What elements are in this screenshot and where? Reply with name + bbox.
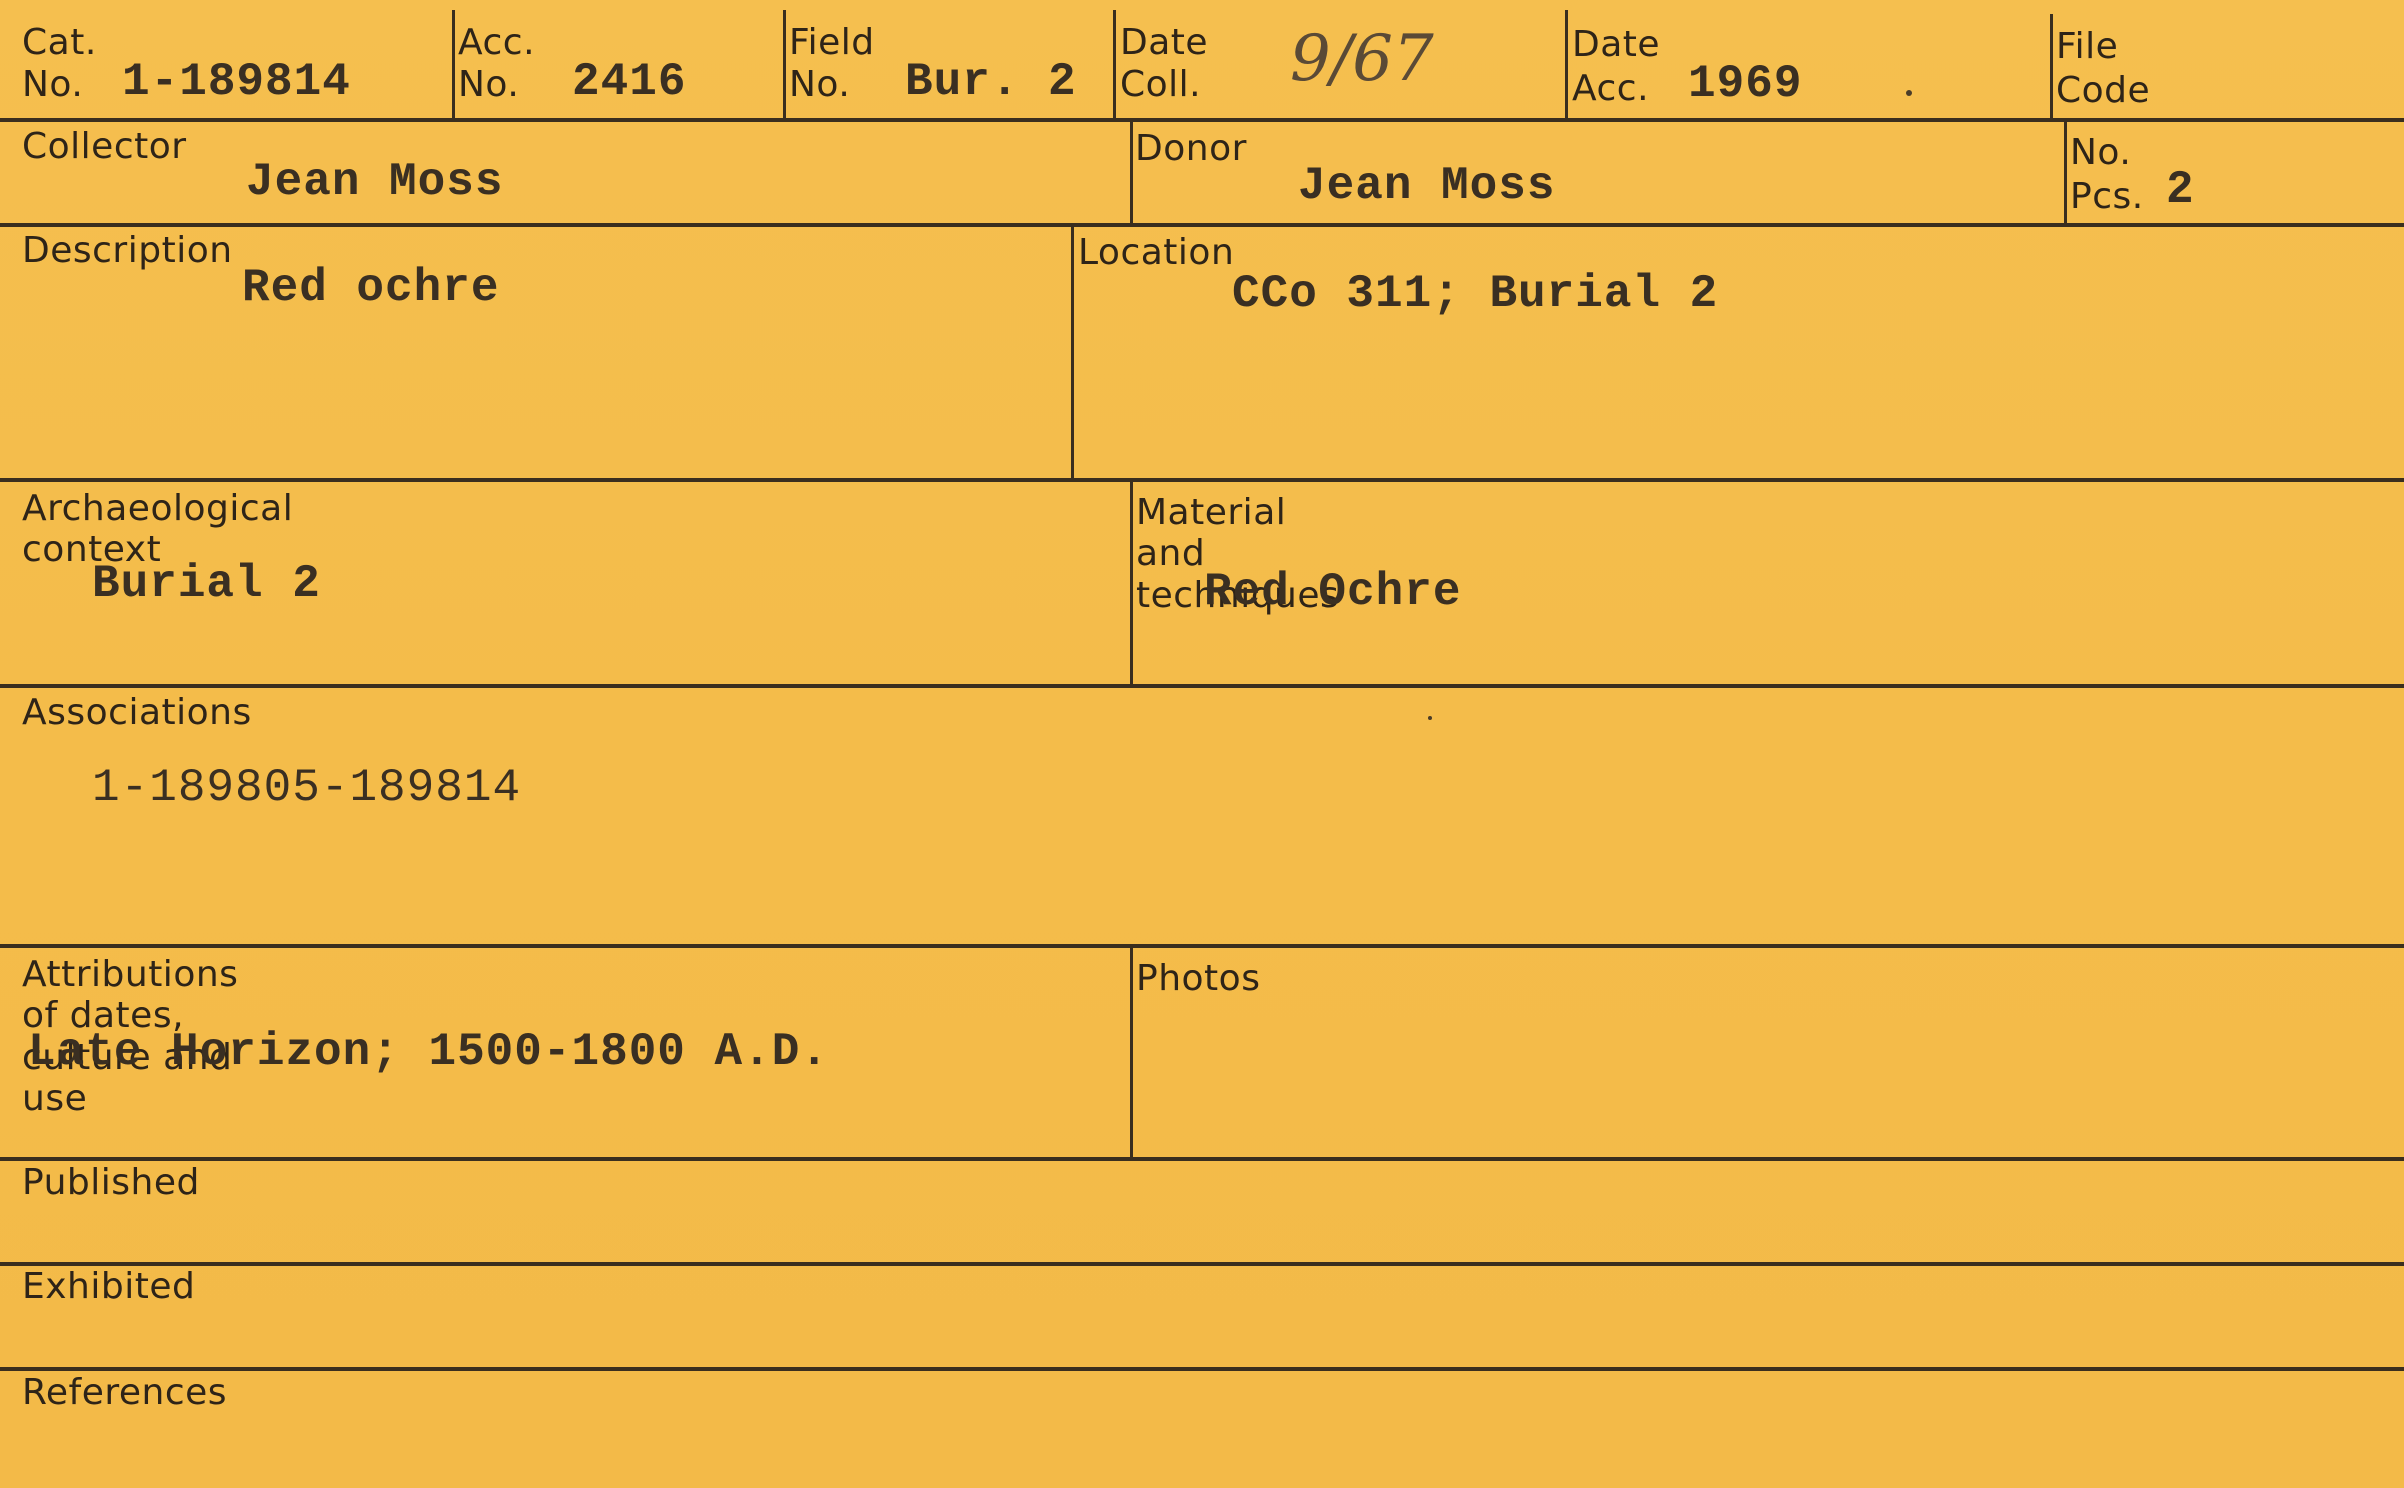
dateacc-label-line1: Date: [1572, 24, 1660, 65]
rule-attributions-row: [0, 1157, 2404, 1161]
rule-associations-row: [0, 944, 2404, 948]
cat-label-line2: No.: [22, 64, 83, 105]
attributions-value: Late Horizon; 1500-1800 A.D.: [28, 1026, 829, 1078]
filecode-label-line1: File: [2056, 26, 2118, 67]
filecode-label-line2: Code: [2056, 70, 2150, 111]
description-label: Description: [22, 230, 233, 271]
rule-published-row: [0, 1262, 2404, 1266]
rule-collector-row: [0, 223, 2404, 227]
collector-label: Collector: [22, 126, 187, 167]
divider-description-location: [1071, 225, 1074, 480]
nopcs-label-line2: Pcs.: [2070, 176, 2144, 217]
material-techniques-value: Red Ochre: [1204, 566, 1461, 618]
published-label: Published: [22, 1162, 200, 1203]
stray-mark: [1428, 716, 1432, 720]
archaeological-context-value: Burial 2: [92, 558, 321, 610]
rule-top-row: [0, 118, 2404, 122]
no-pcs-value: 2: [2166, 164, 2195, 216]
field-label-line1: Field: [789, 22, 875, 63]
references-label: References: [22, 1372, 227, 1413]
donor-value: Jean Moss: [1298, 160, 1555, 212]
divider-collector-donor: [1130, 120, 1133, 225]
datecoll-label-line2: Coll.: [1120, 64, 1201, 105]
associations-label: Associations: [22, 692, 252, 733]
date-coll-value: 9/67: [1290, 22, 1434, 96]
rule-archaeology-row: [0, 684, 2404, 688]
acc-label-line2: No.: [458, 64, 519, 105]
collector-value: Jean Moss: [246, 156, 503, 208]
dateacc-label-line2: Acc.: [1572, 68, 1649, 109]
divider-dateacc-filecode: [2050, 14, 2053, 122]
rule-description-row: [0, 478, 2404, 482]
nopcs-label-line1: No.: [2070, 132, 2131, 173]
divider-archaeology-material: [1130, 480, 1133, 685]
stray-mark: [1906, 90, 1912, 96]
divider-attributions-photos: [1130, 946, 1133, 1158]
location-label: Location: [1078, 232, 1234, 273]
field-label-line2: No.: [789, 64, 850, 105]
photos-label: Photos: [1136, 958, 1260, 999]
rule-exhibited-row: [0, 1367, 2404, 1371]
divider-donor-nopcs: [2064, 122, 2067, 227]
date-acc-value: 1969: [1688, 58, 1802, 110]
divider-field-datecoll: [1113, 10, 1116, 120]
exhibited-label: Exhibited: [22, 1266, 195, 1307]
divider-cat-acc: [452, 10, 455, 120]
location-value: CCo 311; Burial 2: [1232, 268, 1718, 320]
donor-label: Donor: [1135, 128, 1247, 169]
field-no-value: Bur. 2: [905, 56, 1077, 108]
description-value: Red ochre: [242, 262, 499, 314]
cat-no-value: 1-189814: [122, 56, 351, 108]
associations-value: 1-189805-189814: [92, 762, 521, 814]
acc-no-value: 2416: [572, 56, 686, 108]
divider-acc-field: [783, 10, 786, 120]
divider-datecoll-dateacc: [1565, 10, 1568, 120]
catalog-card: Cat. No. 1-189814 Acc. No. 2416 Field No…: [0, 0, 2404, 1488]
acc-label-line1: Acc.: [458, 22, 535, 63]
cat-label-line1: Cat.: [22, 22, 97, 63]
datecoll-label-line1: Date: [1120, 22, 1208, 63]
